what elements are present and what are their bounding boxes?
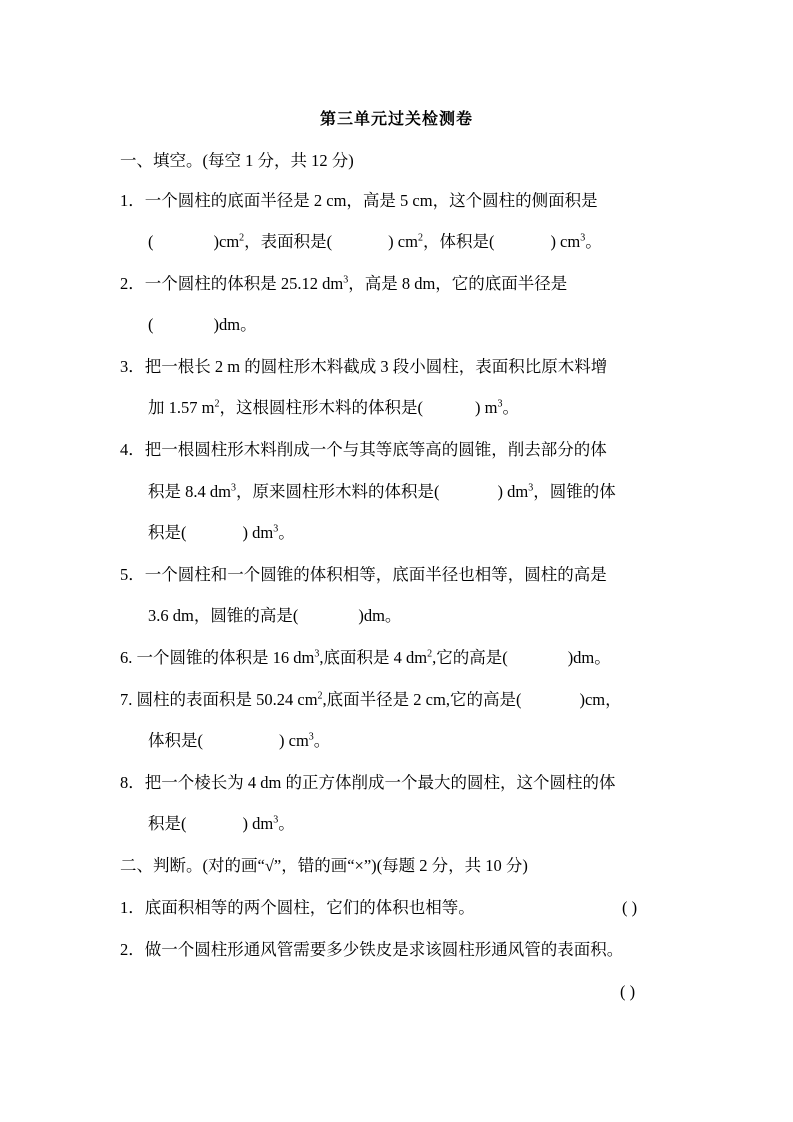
s1-q5-line2: 3.6 dm，圆锥的高是()dm。 xyxy=(148,605,401,627)
s1-q4-line3: 积是() dm3。 xyxy=(148,522,295,544)
s1-q3-line2: 加 1.57 m2，这根圆柱形木料的体积是() m3。 xyxy=(148,397,519,419)
text: ，体积是( xyxy=(423,232,495,251)
unit-text: ) dm xyxy=(497,482,528,501)
unit-text: )dm。 xyxy=(214,315,257,334)
text: 。 xyxy=(502,398,519,417)
unit-text: ) cm xyxy=(550,232,580,251)
text: 积是( xyxy=(148,814,187,833)
page-title: 第三单元过关检测卷 xyxy=(0,106,793,129)
unit-text: ) cm xyxy=(388,232,418,251)
s1-q4-line1: 4．把一根圆柱形木料削成一个与其等底等高的圆锥，削去部分的体 xyxy=(120,439,607,461)
s1-q2-line2: ()dm。 xyxy=(148,314,257,336)
s1-q5-line1: 5．一个圆柱和一个圆锥的体积相等，底面半径也相等，圆柱的高是 xyxy=(120,564,607,586)
text: 积是( xyxy=(148,523,187,542)
paren-open: ( xyxy=(148,315,154,334)
s1-q7-line2: 体积是() cm3。 xyxy=(148,730,330,752)
text: 2．一个圆柱的体积是 25.12 dm xyxy=(120,274,343,293)
text: ，这根圆柱形木料的体积是( xyxy=(219,398,423,417)
text: ，表面积是( xyxy=(244,232,332,251)
paren-open: ( xyxy=(148,232,154,251)
s1-q8-line2: 积是() dm3。 xyxy=(148,813,295,835)
section1-heading: 一、填空。(每空 1 分，共 12 分) xyxy=(120,150,354,172)
s1-q8-line1: 8．把一个棱长为 4 dm 的正方体削成一个最大的圆柱，这个圆柱的体 xyxy=(120,772,615,794)
s1-q7-line1: 7. 圆柱的表面积是 50.24 cm2,底面半径是 2 cm,它的高是()cm… xyxy=(120,689,622,711)
section2-heading: 二、判断。(对的画“√”，错的画“×”)(每题 2 分，共 10 分) xyxy=(120,855,528,877)
text: 。 xyxy=(585,232,602,251)
s2-q2-text: 2．做一个圆柱形通风管需要多少铁皮是求该圆柱形通风管的表面积。 xyxy=(120,939,623,961)
unit-text: ) cm xyxy=(279,731,309,750)
text: ，高是 8 dm，它的底面半径是 xyxy=(348,274,567,293)
exam-page: 第三单元过关检测卷 一、填空。(每空 1 分，共 12 分) 1．一个圆柱的底面… xyxy=(0,0,793,1122)
text: 3.6 dm，圆锥的高是( xyxy=(148,606,298,625)
unit-text: )cm xyxy=(214,232,240,251)
text: 体积是( xyxy=(148,731,203,750)
s2-q1-text: 1．底面积相等的两个圆柱，它们的体积也相等。 xyxy=(120,897,475,919)
s2-q1-answer-box[interactable]: ( ) xyxy=(622,897,637,919)
text: ,底面半径是 2 cm,它的高是( xyxy=(323,690,522,709)
text: 。 xyxy=(314,731,331,750)
unit-text: ) dm xyxy=(243,814,274,833)
text: 积是 8.4 dm xyxy=(148,482,231,501)
text: ,底面积是 4 dm xyxy=(319,648,427,667)
unit-text: ) m xyxy=(475,398,497,417)
text: 6. 一个圆锥的体积是 16 dm xyxy=(120,648,314,667)
text: ，原来圆柱形木料的体积是( xyxy=(236,482,440,501)
s1-q1-line2: ()cm2，表面积是() cm2，体积是() cm3。 xyxy=(148,231,602,253)
text: 。 xyxy=(278,523,295,542)
unit-text: ) dm xyxy=(243,523,274,542)
unit-text: )dm。 xyxy=(568,648,611,667)
text: 加 1.57 m xyxy=(148,398,214,417)
s1-q6: 6. 一个圆锥的体积是 16 dm3,底面积是 4 dm2,它的高是()dm。 xyxy=(120,647,611,669)
s1-q4-line2: 积是 8.4 dm3，原来圆柱形木料的体积是() dm3，圆锥的体 xyxy=(148,481,616,503)
s1-q1-line1: 1．一个圆柱的底面半径是 2 cm，高是 5 cm，这个圆柱的侧面积是 xyxy=(120,190,598,212)
s2-q2-answer-box[interactable]: ( ) xyxy=(620,981,635,1003)
text: 7. 圆柱的表面积是 50.24 cm xyxy=(120,690,318,709)
text: 。 xyxy=(278,814,295,833)
unit-text: )cm， xyxy=(579,690,621,709)
unit-text: )dm。 xyxy=(358,606,401,625)
s1-q3-line1: 3．把一根长 2 m 的圆柱形木料截成 3 段小圆柱，表面积比原木料增 xyxy=(120,356,607,378)
text: ,它的高是( xyxy=(432,648,508,667)
text: ，圆锥的体 xyxy=(533,482,616,501)
s1-q2-line1: 2．一个圆柱的体积是 25.12 dm3，高是 8 dm，它的底面半径是 xyxy=(120,273,567,295)
